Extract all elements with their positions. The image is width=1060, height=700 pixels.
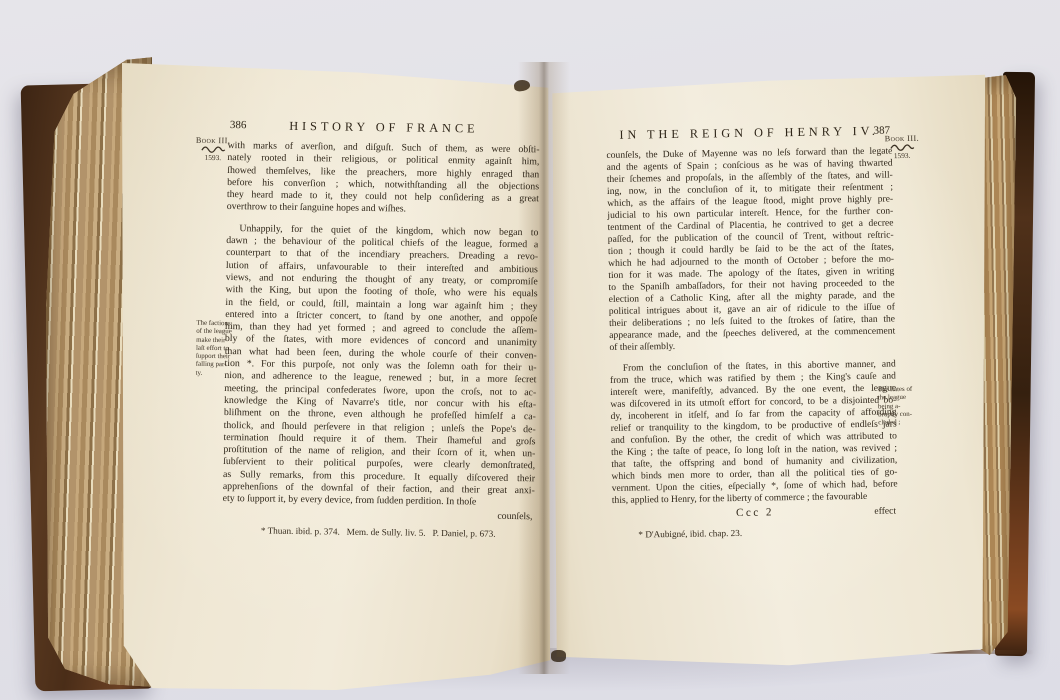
gutter-bottom-spine-mark <box>551 650 566 662</box>
signature-mark: Ccc 2 <box>736 506 774 519</box>
left-page-header: 386 HISTORY OF FRANCE <box>228 118 540 137</box>
right-page-text-column: IN THE REIGN OF HENRY IV. 387 counſels, … <box>606 124 898 540</box>
right-signature-row: Ccc 2 effect <box>612 504 898 520</box>
left-running-title: HISTORY OF FRANCE <box>228 118 540 137</box>
left-margin-note: The factionsof the leaguemake theirlaſt … <box>196 320 233 379</box>
right-margin-note: The ſtates ofthe leaguebeing a-bruptly c… <box>878 386 927 428</box>
right-running-title: IN THE REIGN OF HENRY IV. <box>606 124 892 143</box>
right-catchword: effect <box>774 505 898 518</box>
right-book-label: Book III. <box>885 134 919 144</box>
left-margin-year: 1593. <box>194 153 232 163</box>
photo-background: 386 HISTORY OF FRANCE with marks of aver… <box>0 0 1060 700</box>
right-paragraph-1: counſels, the Duke of Mayenne was no leſ… <box>606 146 895 354</box>
left-page-number: 386 <box>230 119 247 131</box>
left-paragraph-1: with marks of averſion, and diſguſt. Suc… <box>227 140 540 218</box>
right-margin-year: 1593. <box>880 151 924 161</box>
left-paragraph-2: Unhappily, for the quiet of the kingdom,… <box>223 223 539 510</box>
right-page-header: IN THE REIGN OF HENRY IV. 387 <box>606 124 892 143</box>
right-margin-book-label: Book III. 1593. <box>880 134 924 161</box>
left-book-label: Book III. <box>196 136 230 145</box>
left-page-text-column: 386 HISTORY OF FRANCE with marks of aver… <box>222 118 540 539</box>
right-paragraph-2: From the concluſion of the ſtates, in th… <box>610 358 898 506</box>
left-margin-book-label: Book III. 1593. <box>194 136 232 163</box>
